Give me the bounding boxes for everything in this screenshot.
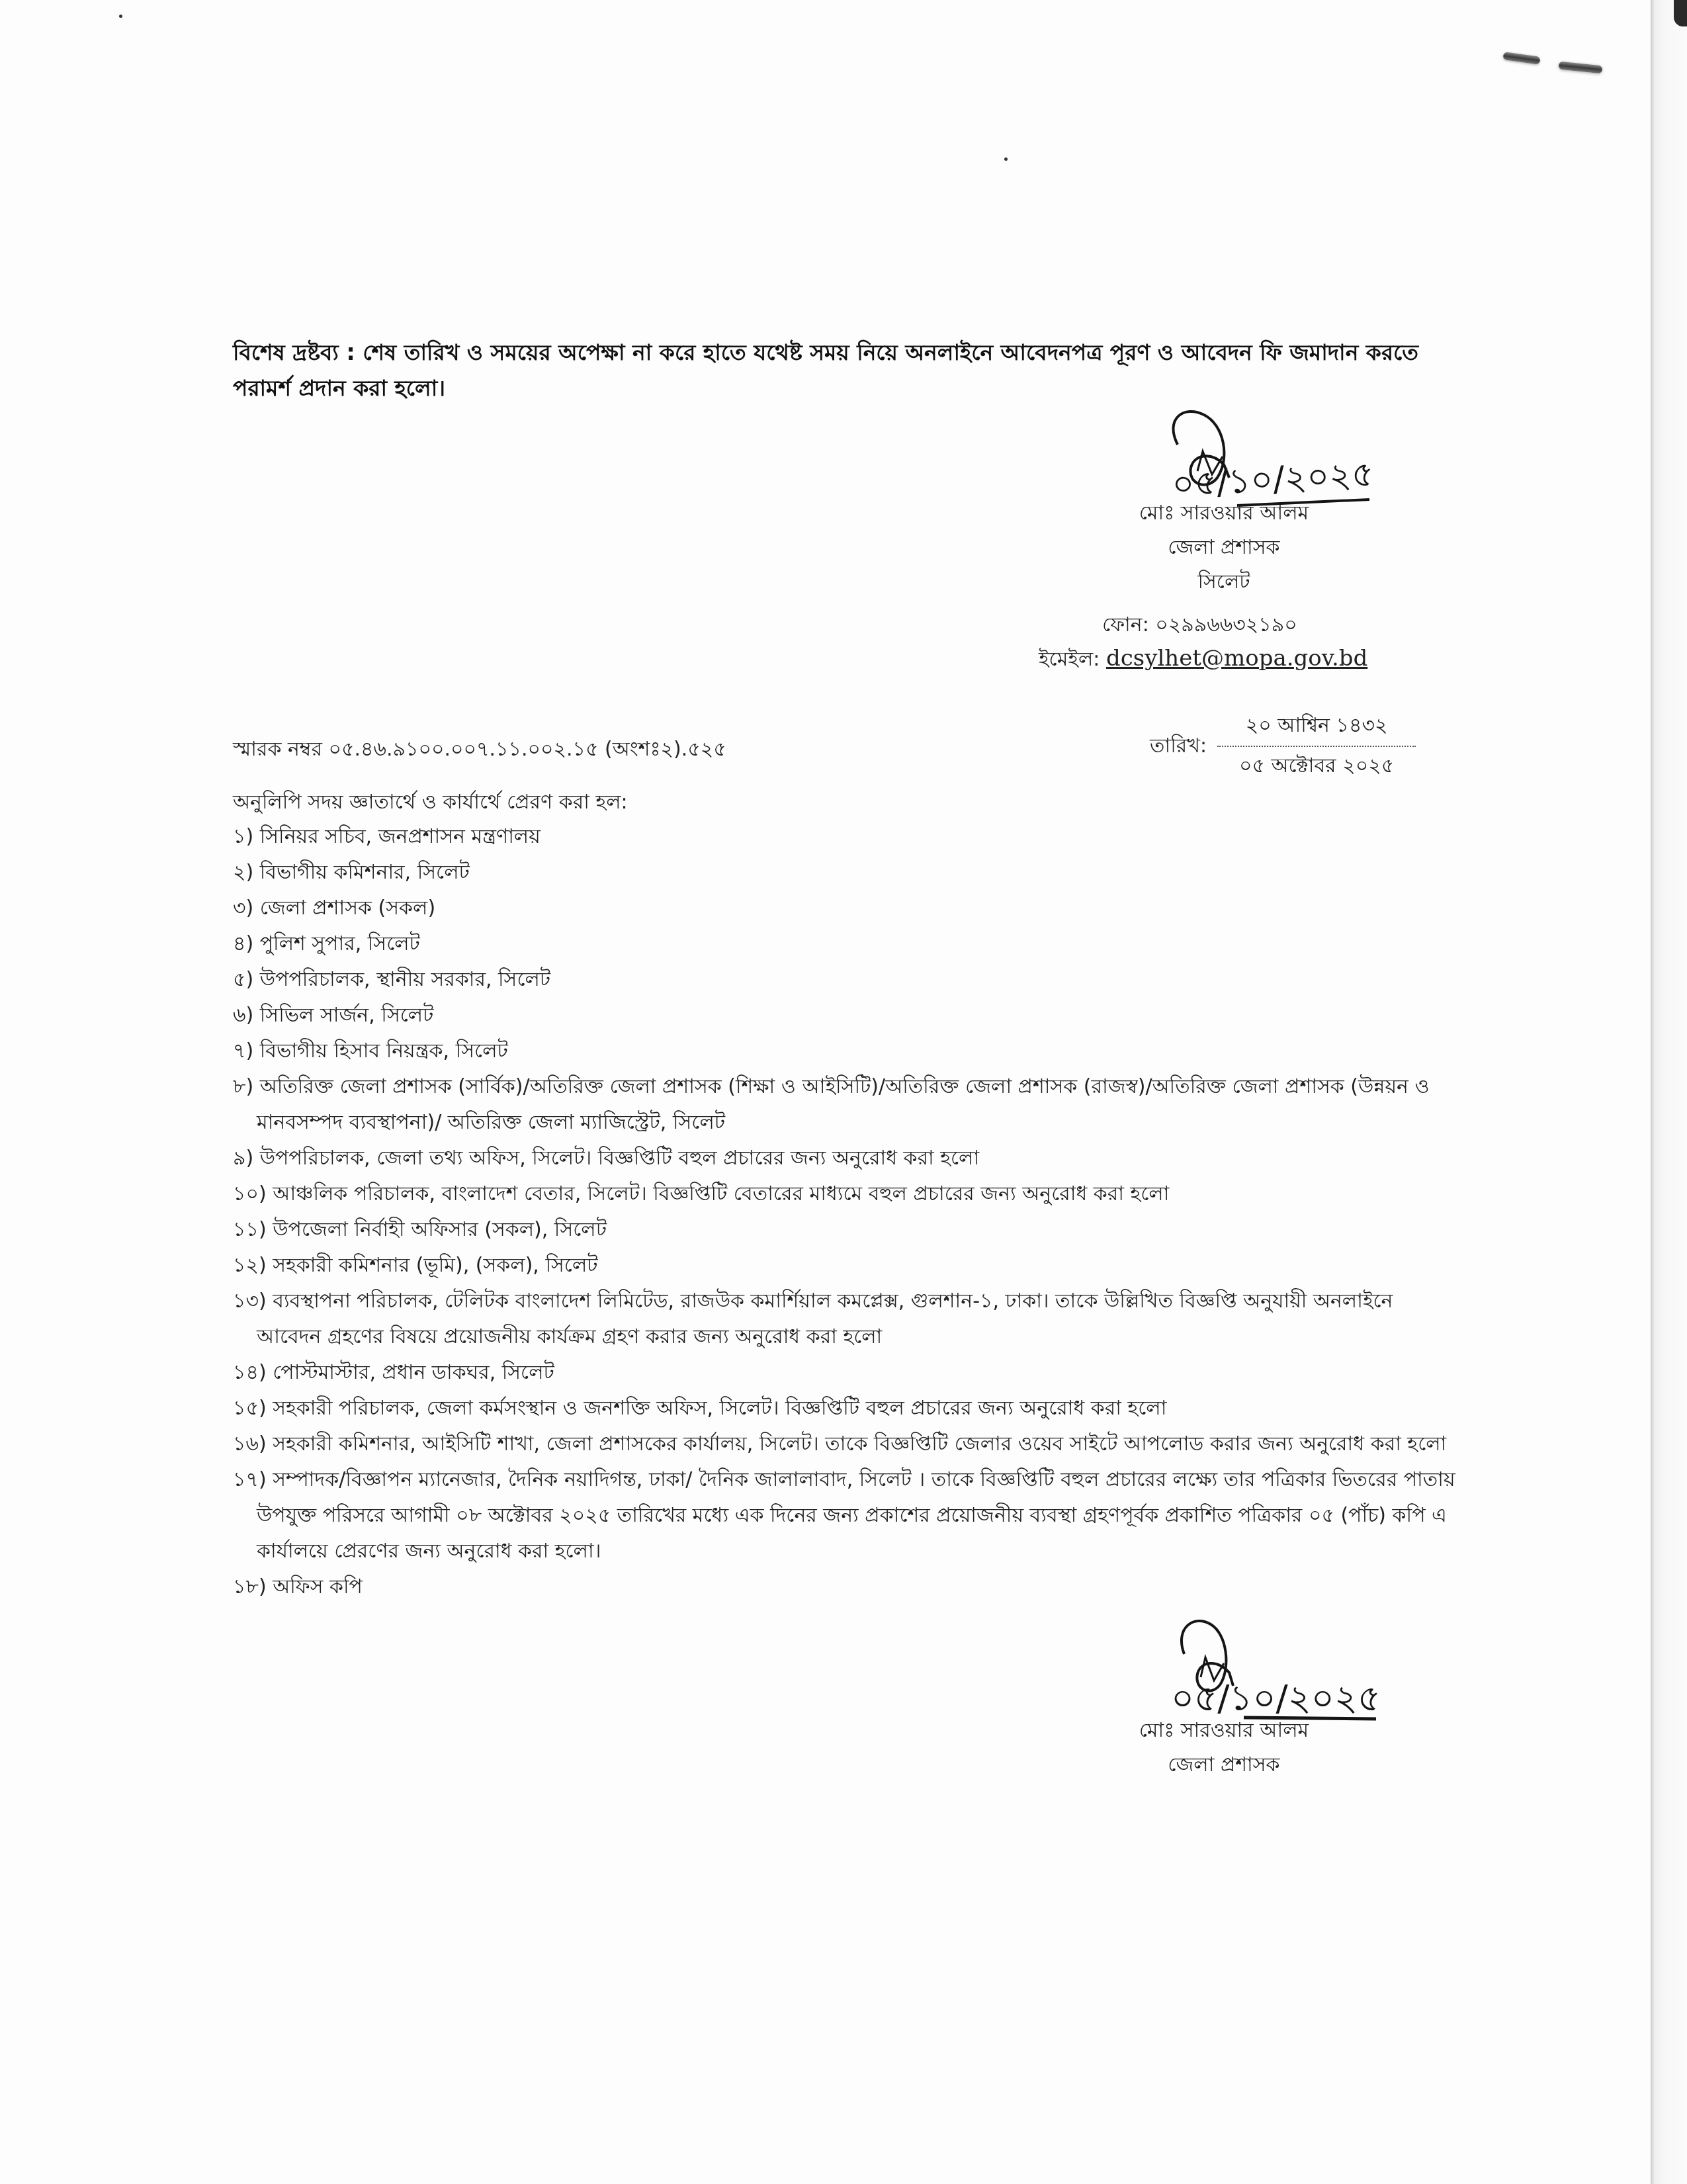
date-label: তারিখ: (1150, 730, 1207, 764)
page-corner-shadow (1674, 0, 1687, 26)
date-block: তারিখ: ২০ আশ্বিন ১৪৩২ ০৫ অক্টোবর ২০২৫ (1150, 709, 1416, 783)
cc-list: ১) সিনিয়র সচিব, জনপ্রশাসন মন্ত্রণালয় ২… (233, 819, 1463, 1605)
date-bangla: ২০ আশ্বিন ১৪৩২ (1246, 709, 1388, 743)
cc-item: ৫) উপপরিচালক, স্থানীয় সরকার, সিলেট (233, 962, 1463, 998)
date-divider (1217, 746, 1416, 747)
page-edge-shadow (1651, 0, 1687, 2184)
special-notice: বিশেষ দ্রষ্টব্য : শেষ তারিখ ও সময়ের অপে… (233, 335, 1450, 406)
email-line: ইমেইল: dcsylhet@mopa.gov.bd (1039, 642, 1367, 676)
special-notice-label: বিশেষ দ্রষ্টব্য : (233, 339, 355, 365)
scan-speck (119, 15, 122, 18)
cc-item: ৩) জেলা প্রশাসক (সকল) (233, 891, 1463, 926)
staple-mark (1559, 62, 1603, 74)
special-notice-text: শেষ তারিখ ও সময়ের অপেক্ষা না করে হাতে য… (233, 339, 1418, 401)
email-address[interactable]: dcsylhet@mopa.gov.bd (1106, 645, 1367, 672)
signatory-district: সিলেট (1085, 565, 1363, 599)
cc-item: ১২) সহকারী কমিশনার (ভূমি), (সকল), সিলেট (233, 1248, 1463, 1284)
cc-item: ৭) বিভাগীয় হিসাব নিয়ন্ত্রক, সিলেট (233, 1033, 1463, 1069)
cc-item: ৬) সিভিল সার্জন, সিলেট (233, 998, 1463, 1033)
date-gregorian: ০৫ অক্টোবর ২০২৫ (1239, 750, 1394, 783)
signatory-designation: জেলা প্রশাসক (1085, 1748, 1363, 1782)
signatory-block-top: মোঃ সারওয়ার আলম জেলা প্রশাসক সিলেট (1085, 496, 1363, 599)
cc-item: ১১) উপজেলা নির্বাহী অফিসার (সকল), সিলেট (233, 1212, 1463, 1248)
cc-item: ১৪) পোস্টমাস্টার, প্রধান ডাকঘর, সিলেট (233, 1355, 1463, 1391)
memo-number: স্মারক নম্বর ০৫.৪৬.৯১০০.০০৭.১১.০০২.১৫ (অ… (233, 733, 726, 767)
phone-number: ০২৯৯৬৬৩২১৯০ (1155, 613, 1297, 636)
cc-item: ১০) আঞ্চলিক পরিচালক, বাংলাদেশ বেতার, সিল… (233, 1176, 1463, 1212)
staple-mark (1502, 52, 1540, 65)
cc-intro: অনুলিপি সদয় জ্ঞাতার্থে ও কার্যার্থে প্র… (233, 786, 628, 820)
cc-item: ২) বিভাগীয় কমিশনার, সিলেট (233, 855, 1463, 891)
cc-item: ১৭) সম্পাদক/বিজ্ঞাপন ম্যানেজার, দৈনিক নয… (233, 1462, 1463, 1569)
signatory-name: মোঃ সারওয়ার আলম (1085, 496, 1363, 531)
scan-speck (1004, 157, 1008, 161)
email-label: ইমেইল: (1039, 648, 1100, 671)
signatory-designation: জেলা প্রশাসক (1085, 531, 1363, 565)
cc-item: ৯) উপপরিচালক, জেলা তথ্য অফিস, সিলেট। বিজ… (233, 1141, 1463, 1176)
signatory-name: মোঃ সারওয়ার আলম (1085, 1714, 1363, 1748)
phone-line: ফোন: ০২৯৯৬৬৩২১৯০ (1102, 609, 1297, 642)
svg-text:০৫/১০/২০২৫: ০৫/১০/২০২৫ (1171, 1677, 1381, 1719)
cc-item: ৪) পুলিশ সুপার, সিলেট (233, 926, 1463, 962)
signatory-block-bottom: মোঃ সারওয়ার আলম জেলা প্রশাসক (1085, 1714, 1363, 1782)
cc-item: ১৬) সহকারী কমিশনার, আইসিটি শাখা, জেলা প্… (233, 1426, 1463, 1462)
phone-label: ফোন: (1102, 613, 1149, 636)
cc-item: ১৫) সহকারী পরিচালক, জেলা কর্মসংস্থান ও জ… (233, 1391, 1463, 1426)
cc-item: ১৮) অফিস কপি (233, 1569, 1463, 1605)
cc-item: ১) সিনিয়র সচিব, জনপ্রশাসন মন্ত্রণালয় (233, 819, 1463, 855)
cc-item: ৮) অতিরিক্ত জেলা প্রশাসক (সার্বিক)/অতিরি… (233, 1069, 1463, 1141)
cc-item: ১৩) ব্যবস্থাপনা পরিচালক, টেলিটক বাংলাদেশ… (233, 1284, 1463, 1355)
